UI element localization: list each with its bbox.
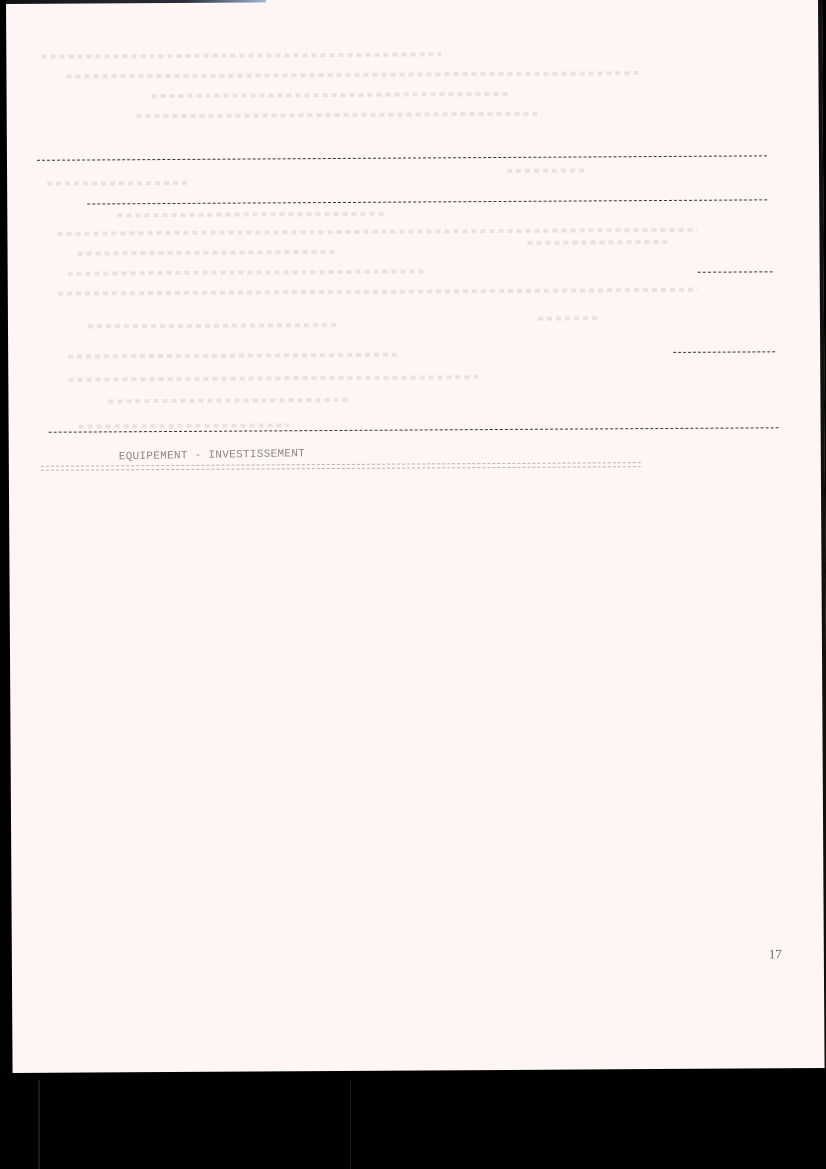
scanned-page: EQUIPEMENT - INVESTISSEMENT 17: [6, 0, 826, 1073]
illegible-text-line: [57, 228, 697, 236]
illegible-text-line: [78, 250, 338, 256]
illegible-text-line: [47, 181, 187, 186]
scan-edge-right: [818, 0, 826, 1068]
illegible-text-line: [68, 353, 398, 359]
illegible-text-line: [152, 92, 512, 98]
scanner-edge-line: [350, 1080, 351, 1169]
illegible-text-line: [66, 71, 641, 79]
divider-rule: [49, 427, 779, 432]
illegible-text-line: [79, 423, 289, 428]
illegible-text-line: [108, 398, 348, 403]
divider-rule: [673, 351, 775, 353]
illegible-text-line: [68, 375, 478, 382]
illegible-text-line: [117, 212, 387, 218]
illegible-text-line: [507, 168, 587, 172]
page-number: 17: [769, 946, 782, 962]
illegible-text-line: [88, 323, 338, 329]
scanner-background: [0, 1073, 826, 1169]
scan-edge-shadow: [6, 0, 266, 4]
divider-rule: [37, 155, 767, 160]
illegible-text-line: [68, 269, 428, 275]
divider-rule: [87, 199, 767, 204]
illegible-text-line: [538, 316, 598, 320]
illegible-text-line: [527, 240, 667, 245]
scanner-edge-line: [38, 1080, 40, 1169]
illegible-text-line: [58, 288, 698, 296]
double-underline: [41, 462, 641, 471]
illegible-text-line: [41, 52, 441, 58]
divider-rule: [698, 271, 773, 272]
illegible-text-line: [137, 112, 542, 118]
section-heading: EQUIPEMENT - INVESTISSEMENT: [119, 448, 306, 463]
